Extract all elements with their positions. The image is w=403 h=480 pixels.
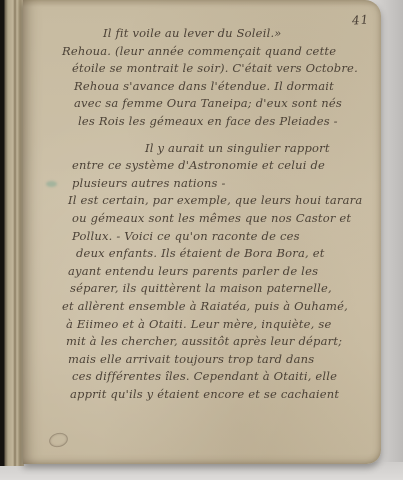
manuscript-line: Il est certain, par exemple, que leurs h…	[68, 192, 371, 210]
manuscript-text: Il fit voile au lever du Soleil.» Rehoua…	[59, 25, 371, 403]
oval-stamp-icon	[48, 431, 70, 449]
manuscript-line: Il fit voile au lever du Soleil.»	[103, 25, 371, 43]
manuscript-line: ou gémeaux sont les mêmes que nos Castor…	[72, 210, 371, 228]
manuscript-line: les Rois les gémeaux en face des Pleiade…	[78, 113, 371, 131]
manuscript-line: Pollux. - Voici ce qu'on raconte de ces	[72, 228, 371, 246]
manuscript-page: 41 Il fit voile au lever du Soleil.» Reh…	[23, 0, 381, 464]
manuscript-line: plusieurs autres nations -	[72, 175, 371, 193]
manuscript-line: Rehoua s'avance dans l'étendue. Il dorma…	[74, 78, 371, 96]
background-surface	[0, 462, 403, 480]
manuscript-line: entre ce système d'Astronomie et celui d…	[72, 157, 371, 175]
manuscript-line: mit à les chercher, aussitôt après leur …	[66, 333, 371, 351]
manuscript-line: mais elle arrivait toujours trop tard da…	[68, 351, 371, 369]
manuscript-line: deux enfants. Ils étaient de Bora Bora, …	[76, 245, 371, 263]
manuscript-line: à Eiimeo et à Otaiti. Leur mère, inquièt…	[66, 316, 371, 334]
manuscript-line: ces différentes îles. Cependant à Otaiti…	[72, 368, 371, 386]
manuscript-line: étoile se montrait le soir). C'était ver…	[72, 60, 371, 78]
manuscript-line: Rehoua. (leur année commençait quand cet…	[62, 43, 371, 61]
manuscript-line: ayant entendu leurs parents parler de le…	[68, 263, 371, 281]
manuscript-line: apprit qu'ils y étaient encore et se cac…	[70, 386, 371, 404]
manuscript-line: Il y aurait un singulier rapport	[145, 140, 371, 158]
manuscript-line: et allèrent ensemble à Raiatéa, puis à O…	[62, 298, 371, 316]
manuscript-line: avec sa femme Oura Taneipa; d'eux sont n…	[74, 95, 371, 113]
manuscript-line: séparer, ils quittèrent la maison patern…	[70, 280, 371, 298]
notebook-photo: 41 Il fit voile au lever du Soleil.» Reh…	[0, 0, 403, 480]
ink-smudge	[46, 181, 57, 187]
notebook-binding-edge	[0, 0, 24, 466]
